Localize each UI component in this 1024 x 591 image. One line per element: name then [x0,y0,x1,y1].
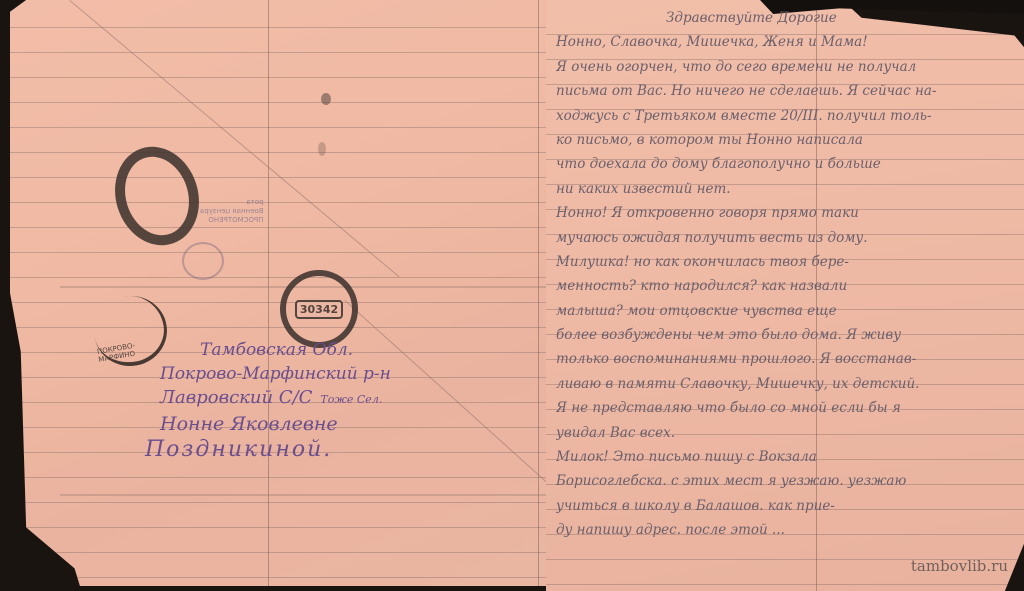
faint-stamp-text: ротаВоенная цензураПРОСМОТРЕНО [200,198,264,225]
ruled-lines [10,0,548,586]
address-line-district: Покрово-Марфинский р-н [160,362,391,386]
letter-line: ни каких известий нет. [556,177,1022,201]
village-name: Лавровский С/С [160,387,312,408]
fold-line [538,0,539,586]
letter-line: Милушка! но как окончилась твоя бере- [556,250,1022,274]
letter-line: Нонно, Славочка, Мишечка, Женя и Мама! [556,30,1022,54]
address-line-surname: Поздникиной. [145,438,391,462]
letter-line: только воспоминаниями прошлого. Я восста… [556,347,1022,371]
faint-round-stamp-icon [182,242,224,280]
fold-line [60,494,548,496]
letter-line: Нонно! Я откровенно говоря прямо таки [556,201,1022,225]
letter-line: более возбуждены чем это было дома. Я жи… [556,323,1022,347]
letter-line: Я не представляю что было со мной если б… [556,396,1022,420]
letter-line: ко письмо, в котором ты Нонно написала [556,128,1022,152]
address-note: Тоже Сел. [320,393,382,406]
watermark: tambovlib.ru [911,557,1008,575]
address-line-recipient: Нонне Яковлевне [160,412,391,436]
letter-line: ду напишу адрес. после этой ... [556,518,1022,542]
address-line-region: Тамбовская Обл. [200,338,391,362]
postmark-stamp: 30342 [280,270,358,348]
ink-blot [321,93,331,105]
address-line-village: Лавровский С/СТоже Сел. [160,386,391,412]
letter-scan: ротаВоенная цензураПРОСМОТРЕНО 30342 ПОК… [0,0,1024,591]
letter-line: Здравствуйте Дорогие [556,6,1022,30]
fold-line [268,0,269,586]
letter-line: ходжусь с Третьяком вместе 20/III. получ… [556,104,1022,128]
letter-line: малыша? мои отцовские чувства еще [556,299,1022,323]
letter-line: что доехала до дому благополучно и больш… [556,152,1022,176]
postmark-number: 30342 [295,300,343,319]
letter-line: увидал Вас всех. [556,421,1022,445]
letter-line: Я очень огорчен, что до сего времени не … [556,55,1022,79]
letter-line: ливаю в памяти Славочку, Мишечку, их дет… [556,372,1022,396]
letter-line: письма от Вас. Но ничего не сделаешь. Я … [556,79,1022,103]
letter-line: учиться в школу в Балашов. как прие- [556,494,1022,518]
letter-line: менность? кто народился? как назвали [556,274,1022,298]
letter-line: Борисоглебска. с этих мест я уезжаю. уез… [556,469,1022,493]
ink-blot [318,142,326,156]
letter-body: Здравствуйте Дорогие Нонно, Славочка, Ми… [556,6,1022,543]
address-side-page [10,0,548,586]
letter-line: мучаюсь ожидая получить весть из дому. [556,226,1022,250]
letter-line: Милок! Это письмо пишу с Вокзала [556,445,1022,469]
address-block: Тамбовская Обл. Покрово-Марфинский р-н Л… [145,338,391,462]
